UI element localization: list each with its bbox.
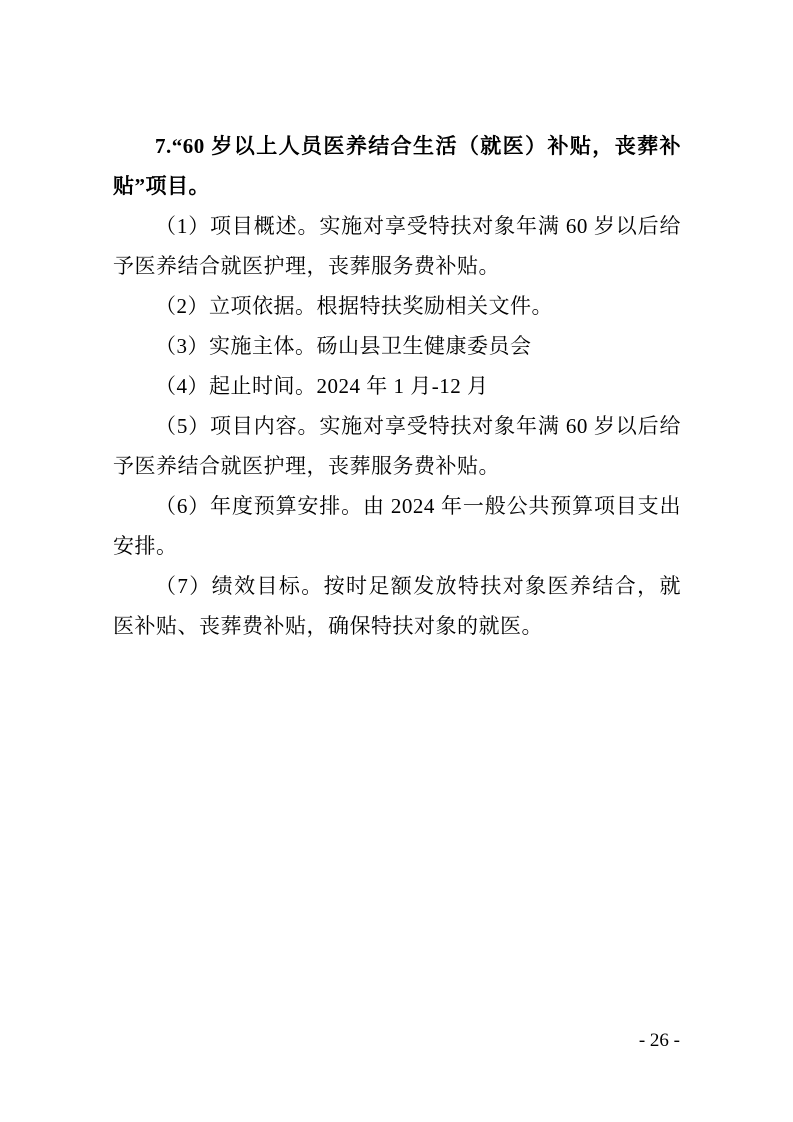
paragraph-project-content: （5）项目内容。实施对享受特扶对象年满 60 岁以后给予医养结合就医护理，丧葬服… — [113, 406, 681, 486]
document-body: 7.“60 岁以上人员医养结合生活（就医）补贴，丧葬补贴”项目。 （1）项目概述… — [113, 126, 681, 646]
paragraph-implementing-entity: （3）实施主体。砀山县卫生健康委员会 — [113, 326, 681, 366]
paragraph-time-period: （4）起止时间。2024 年 1 月-12 月 — [113, 366, 681, 406]
paragraph-approval-basis: （2）立项依据。根据特扶奖励相关文件。 — [113, 286, 681, 326]
paragraph-project-overview: （1）项目概述。实施对享受特扶对象年满 60 岁以后给予医养结合就医护理，丧葬服… — [113, 206, 681, 286]
paragraph-annual-budget: （6）年度预算安排。由 2024 年一般公共预算项目支出安排。 — [113, 486, 681, 566]
page-number: - 26 - — [639, 1026, 680, 1056]
section-heading: 7.“60 岁以上人员医养结合生活（就医）补贴，丧葬补贴”项目。 — [113, 126, 681, 206]
paragraph-performance-goal: （7）绩效目标。按时足额发放特扶对象医养结合，就医补贴、丧葬费补贴，确保特扶对象… — [113, 566, 681, 646]
document-page: 7.“60 岁以上人员医养结合生活（就医）补贴，丧葬补贴”项目。 （1）项目概述… — [0, 0, 793, 1122]
